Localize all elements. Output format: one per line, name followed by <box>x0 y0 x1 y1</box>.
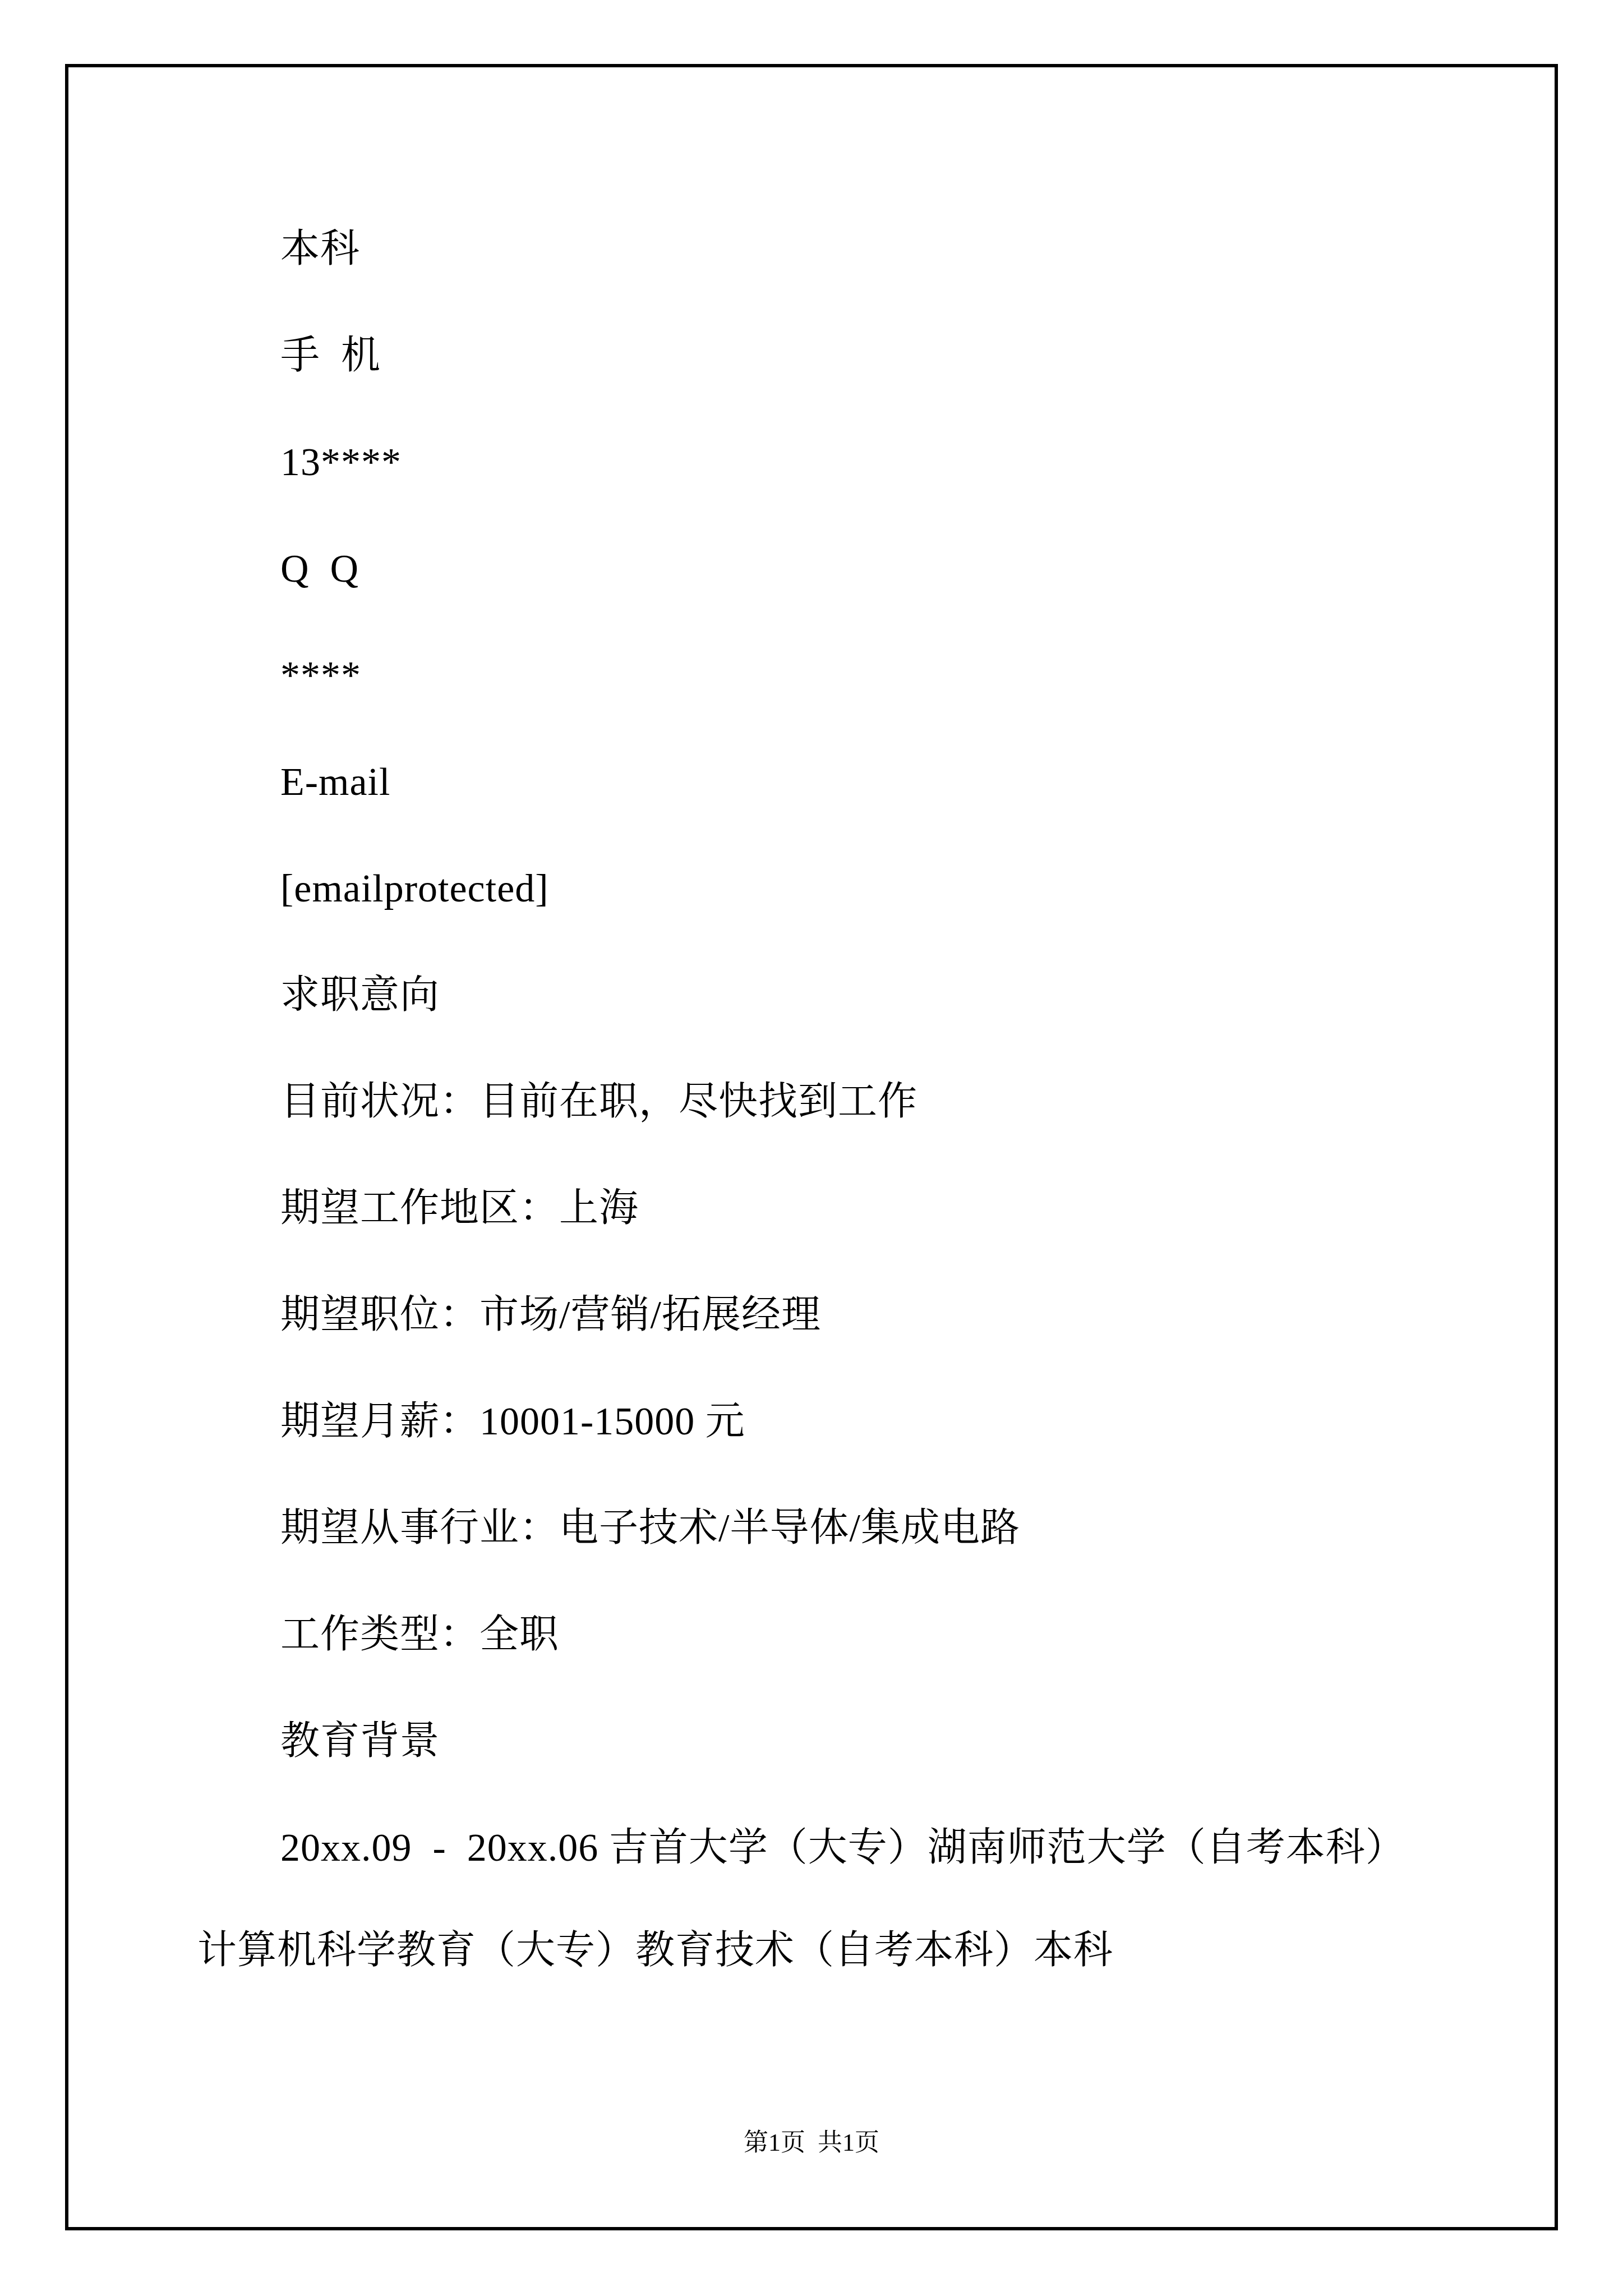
line-current-status: 目前状况：目前在职，尽快找到工作 <box>280 1082 917 1122</box>
line-expected-salary: 期望月薪：10001-15000 元 <box>280 1402 745 1442</box>
line-expected-position: 期望职位：市场/营销/拓展经理 <box>280 1295 821 1336</box>
line-section-job-intention: 求职意向 <box>280 976 440 1016</box>
line-education-entry: 20xx.09 - 20xx.06 吉首大学（大专）湖南师范大学（自考本科） <box>280 1828 1405 1869</box>
page-indicator: 第1页 共1页 <box>0 2129 1623 2156</box>
line-qq-value: **** <box>280 656 361 696</box>
line-mobile-label: 手 机 <box>280 336 381 376</box>
line-email-value: [emailprotected] <box>280 869 549 909</box>
line-mobile-value: 13**** <box>280 443 402 483</box>
line-expected-location: 期望工作地区：上海 <box>280 1189 639 1229</box>
line-section-education: 教育背景 <box>280 1722 440 1762</box>
line-expected-industry: 期望从事行业：电子技术/半导体/集成电路 <box>280 1508 1020 1549</box>
line-degree: 本科 <box>280 229 360 270</box>
line-job-type: 工作类型：全职 <box>280 1615 559 1655</box>
line-qq-label: Q Q <box>280 549 359 590</box>
page-border-frame <box>65 64 1558 2230</box>
line-education-entry-cont: 计算机科学教育（大专）教育技术（自考本科）本科 <box>197 1931 1113 1971</box>
line-email-label: E-mail <box>280 762 390 803</box>
